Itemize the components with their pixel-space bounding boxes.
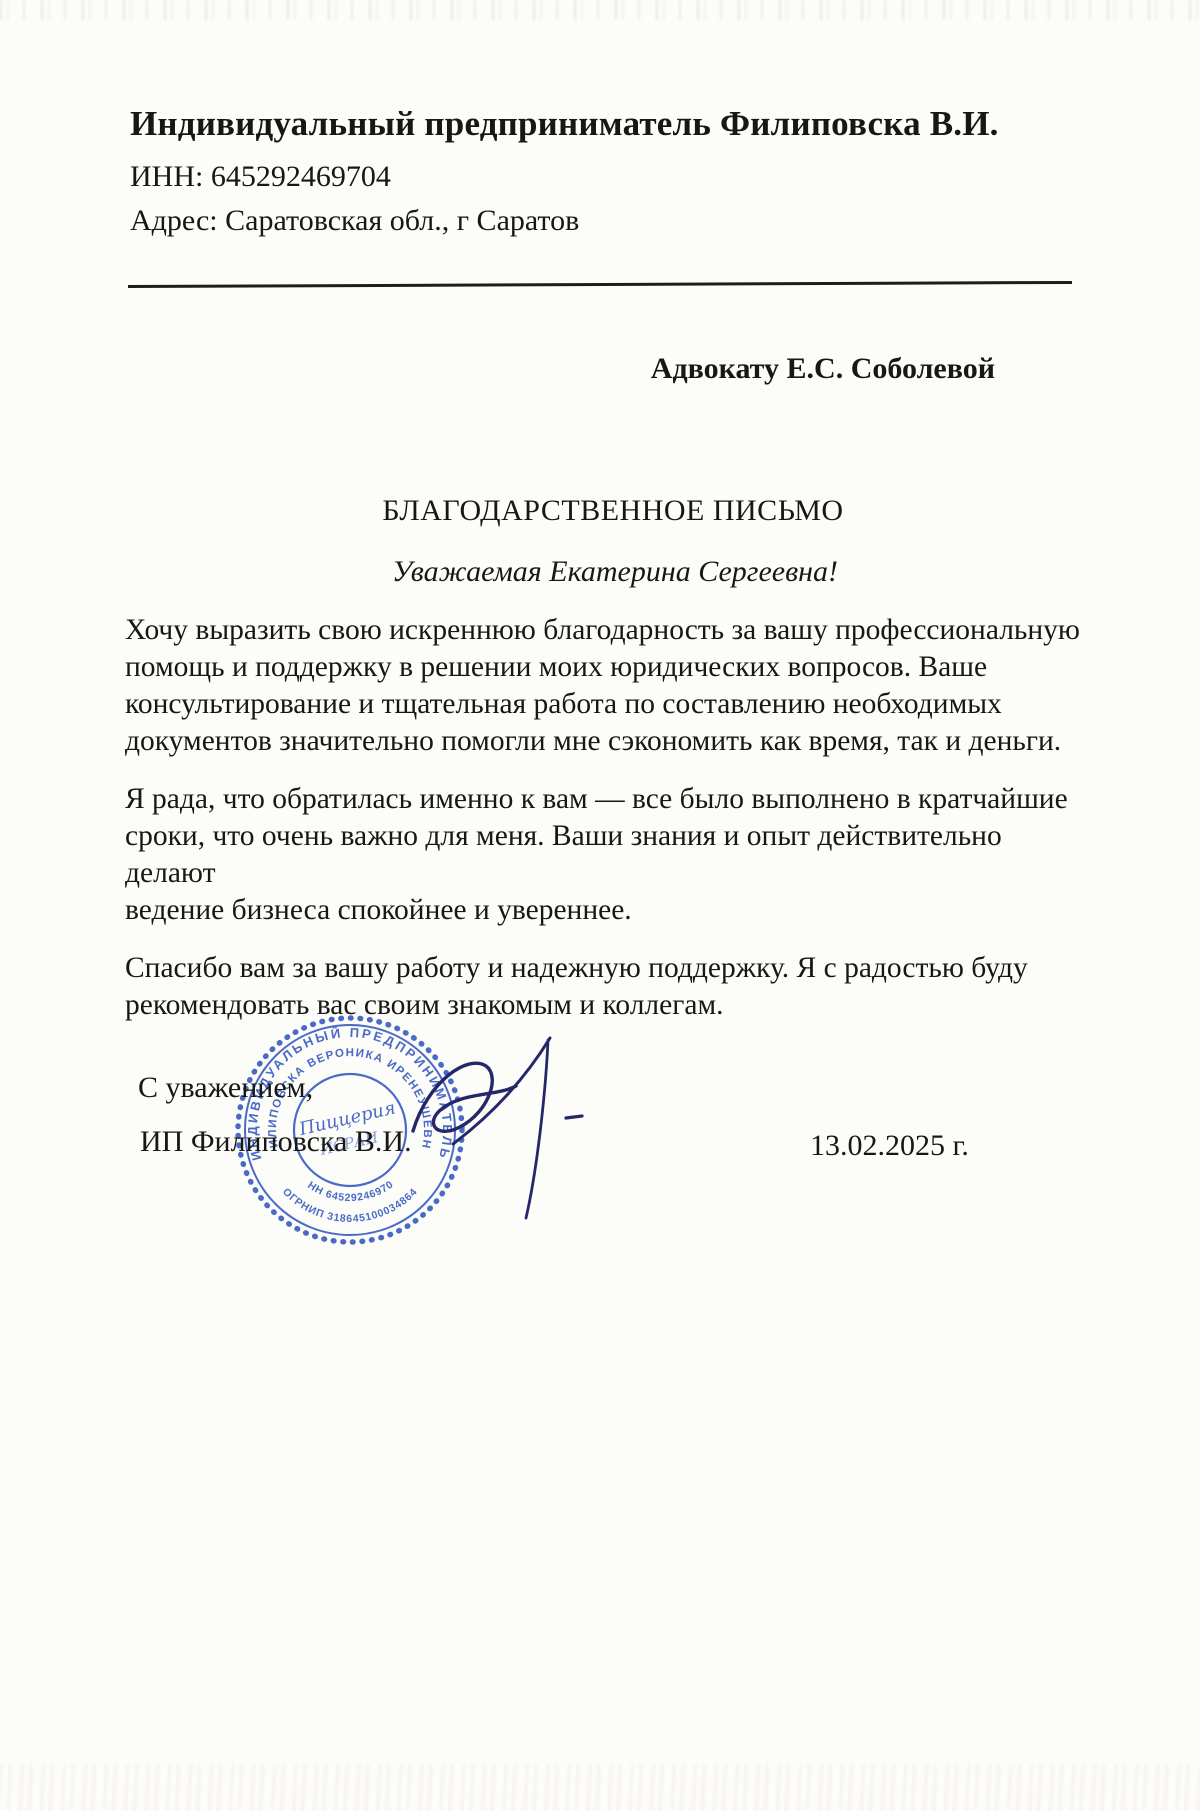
- inn-line: ИНН: 645292469704: [130, 160, 1110, 194]
- signature-dash: [566, 1116, 582, 1118]
- letter-body: Хочу выразить свою искреннюю благодарнос…: [125, 612, 1085, 1045]
- handwritten-signature: [398, 1026, 588, 1231]
- letterhead-divider: [128, 281, 1072, 288]
- letter-title: БЛАГОДАРСТВЕННОЕ ПИСЬМО: [13, 494, 1200, 528]
- letter-date: 13.02.2025 г.: [810, 1129, 969, 1163]
- paragraph-1: Хочу выразить свою искреннюю благодарнос…: [125, 612, 1085, 760]
- recipient-line: Адвокату Е.С. Соболевой: [400, 352, 995, 386]
- scanned-letter-page: Индивидуальный предприниматель Филиповск…: [0, 0, 1200, 1811]
- paragraph-2: Я рада, что обратилась именно к вам — вс…: [125, 781, 1085, 929]
- entrepreneur-name: Индивидуальный предприниматель Филиповск…: [130, 104, 1110, 144]
- signature-loop: [413, 1063, 516, 1131]
- closing-signer: ИП Филиповска В.И.: [140, 1125, 412, 1159]
- closing-regards: С уважением,: [138, 1071, 313, 1105]
- salutation-line: Уважаемая Екатерина Сергеевна!: [15, 555, 1200, 589]
- address-line: Адрес: Саратовская обл., г Саратов: [130, 204, 1110, 238]
- letterhead: Индивидуальный предприниматель Филиповск…: [130, 104, 1110, 238]
- scan-bleed-artifact-top: [0, 0, 1200, 20]
- scan-bleed-artifact-bottom: [0, 1765, 1200, 1811]
